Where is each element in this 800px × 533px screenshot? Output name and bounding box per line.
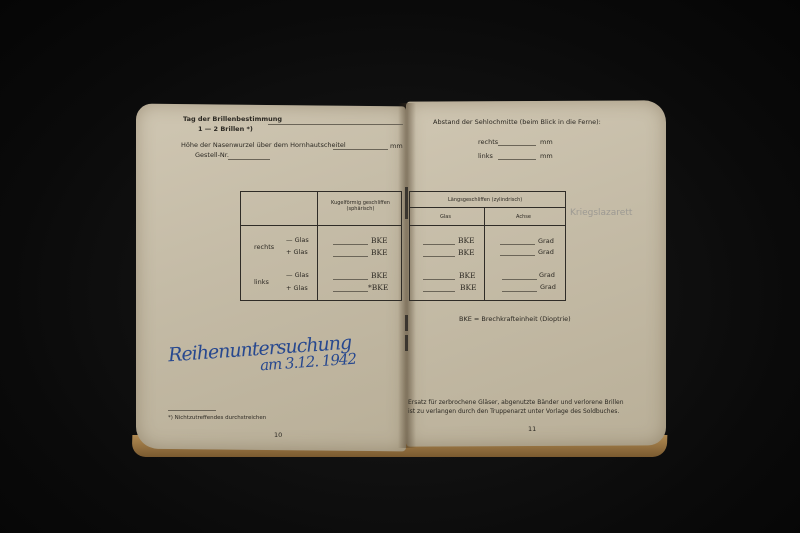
col-cylindrical-header: Längsgeschliffen (zylindrisch) bbox=[448, 197, 522, 203]
glasses-count-label: 1 — 2 Brillen *) bbox=[198, 125, 253, 133]
sph-unit: BKE bbox=[371, 236, 388, 245]
staple bbox=[405, 335, 408, 351]
pupil-right-unit: mm bbox=[540, 138, 553, 146]
replacement-note-line2: ist zu verlangen durch den Truppenarzt u… bbox=[408, 408, 619, 415]
date-field-line bbox=[268, 124, 403, 125]
staple bbox=[405, 187, 408, 203]
axis-unit: Grad bbox=[538, 248, 554, 256]
table-divider bbox=[240, 225, 401, 226]
staple bbox=[405, 315, 408, 331]
frame-no-label: Gestell-Nr. bbox=[195, 151, 229, 159]
axis-unit: Grad bbox=[539, 271, 555, 279]
nose-height-unit: mm bbox=[390, 142, 403, 150]
pupil-left-label: links bbox=[478, 152, 493, 160]
col-spherical-header: Kugelförmig geschliffen (sphärisch) bbox=[328, 200, 393, 212]
table-divider bbox=[409, 207, 565, 208]
date-label: Tag der Brillenbestimmung bbox=[183, 115, 282, 123]
open-booklet: Tag der Brillenbestimmung 1 — 2 Brillen … bbox=[128, 95, 673, 465]
replacement-note-line1: Ersatz für zerbrochene Gläser, abgenutzt… bbox=[408, 399, 624, 406]
value-line bbox=[423, 291, 455, 292]
pupil-left-unit: mm bbox=[540, 152, 553, 160]
value-line bbox=[500, 244, 535, 245]
staple bbox=[405, 203, 408, 219]
sph-unit: BKE bbox=[371, 271, 388, 280]
value-line bbox=[423, 244, 455, 245]
row-eye-links: links bbox=[254, 278, 269, 286]
nose-height-field-line bbox=[333, 149, 388, 150]
pupil-right-field-line bbox=[498, 145, 536, 146]
frame-no-field-line bbox=[228, 159, 270, 160]
pupil-distance-label: Abstand der Sehlochmitte (beim Blick in … bbox=[433, 118, 601, 126]
value-line bbox=[333, 256, 368, 257]
cyl-unit: BKE bbox=[459, 271, 476, 280]
faded-stamp: Kriegslazarett bbox=[570, 208, 632, 218]
value-line bbox=[333, 244, 368, 245]
value-line bbox=[423, 256, 455, 257]
pupil-left-field-line bbox=[498, 159, 536, 160]
sub-achse-header: Achse bbox=[516, 214, 531, 220]
page-number-right: 11 bbox=[528, 425, 536, 433]
pupil-right-label: rechts bbox=[478, 138, 498, 146]
value-line bbox=[333, 279, 368, 280]
row-glass-label: + Glas bbox=[286, 284, 308, 292]
axis-unit: Grad bbox=[540, 283, 556, 291]
table-divider bbox=[409, 225, 565, 226]
bke-legend: BKE = Brechkrafteinheit (Dioptrie) bbox=[459, 315, 571, 323]
footnote-rule bbox=[168, 410, 216, 411]
value-line bbox=[500, 255, 535, 256]
nose-height-label: Höhe der Nasenwurzel über dem Hornhautsc… bbox=[181, 141, 346, 149]
sph-unit: BKE bbox=[371, 248, 388, 257]
row-eye-rechts: rechts bbox=[254, 243, 274, 251]
table-divider bbox=[317, 191, 318, 300]
value-line bbox=[502, 279, 537, 280]
cyl-unit: BKE bbox=[460, 283, 477, 292]
sub-glas-header: Glas bbox=[440, 214, 451, 220]
cyl-unit: BKE bbox=[458, 248, 475, 257]
sph-unit: *BKE bbox=[368, 283, 388, 292]
value-line bbox=[423, 279, 455, 280]
row-glass-label: + Glas bbox=[286, 248, 308, 256]
table-divider bbox=[484, 207, 485, 300]
cyl-unit: BKE bbox=[458, 236, 475, 245]
row-glass-label: — Glas bbox=[286, 271, 309, 279]
value-line bbox=[333, 291, 368, 292]
page-number-left: 10 bbox=[274, 431, 282, 439]
row-glass-label: — Glas bbox=[286, 236, 309, 244]
value-line bbox=[502, 291, 537, 292]
footnote: *) Nichtzutreffendes durchstreichen bbox=[168, 415, 266, 421]
axis-unit: Grad bbox=[538, 237, 554, 245]
